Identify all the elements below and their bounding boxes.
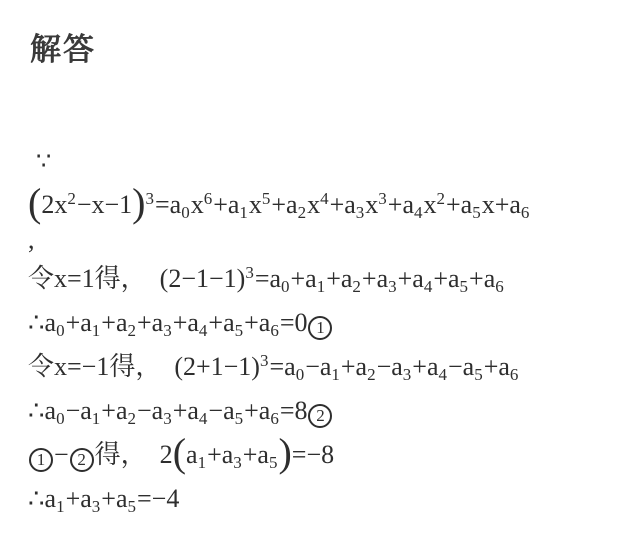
subscript: 1 bbox=[331, 365, 340, 384]
tall-parenthesis: ) bbox=[278, 430, 291, 475]
circled-equation-number: 2 bbox=[70, 448, 94, 472]
subscript: 4 bbox=[199, 321, 208, 340]
page-title: 解答 bbox=[30, 24, 632, 69]
line-final-result: ∴a1+a3+a5=−4 bbox=[28, 477, 632, 521]
superscript: 3 bbox=[245, 263, 254, 282]
line-substitute-x-equals-neg-1: 令x=−1得， (2+1−1)3=a0−a1+a2−a3+a4−a5+a6 bbox=[28, 345, 632, 389]
circled-equation-number: 2 bbox=[308, 404, 332, 428]
subscript: 2 bbox=[298, 203, 307, 222]
subscript: 5 bbox=[474, 365, 483, 384]
subscript: 3 bbox=[163, 321, 172, 340]
superscript: 3 bbox=[145, 189, 154, 208]
subscript: 1 bbox=[92, 321, 101, 340]
subscript: 3 bbox=[388, 277, 397, 296]
subscript: 2 bbox=[128, 409, 137, 428]
subscript: 0 bbox=[181, 203, 190, 222]
line-equation-2: ∴a0−a1+a2−a3+a4−a5+a6=82 bbox=[28, 389, 632, 433]
subscript: 5 bbox=[235, 409, 244, 428]
subscript: 1 bbox=[317, 277, 326, 296]
superscript: 3 bbox=[260, 351, 269, 370]
superscript: 5 bbox=[262, 189, 271, 208]
subscript: 2 bbox=[367, 365, 376, 384]
tall-parenthesis: ( bbox=[28, 180, 41, 225]
subscript: 4 bbox=[424, 277, 433, 296]
superscript: 2 bbox=[67, 189, 76, 208]
subscript: 2 bbox=[128, 321, 137, 340]
superscript: 4 bbox=[320, 189, 329, 208]
subscript: 1 bbox=[239, 203, 248, 222]
subscript: 3 bbox=[356, 203, 365, 222]
subscript: 5 bbox=[472, 203, 481, 222]
subscript: 4 bbox=[199, 409, 208, 428]
circled-equation-number: 1 bbox=[29, 448, 53, 472]
subscript: 3 bbox=[163, 409, 172, 428]
subscript: 4 bbox=[439, 365, 448, 384]
line-because-symbol: ∵ bbox=[28, 141, 632, 183]
subscript: 0 bbox=[296, 365, 305, 384]
subscript: 3 bbox=[403, 365, 412, 384]
subscript: 0 bbox=[56, 409, 65, 428]
subscript: 2 bbox=[352, 277, 361, 296]
line-substitute-x-equals-1: 令x=1得， (2−1−1)3=a0+a1+a2+a3+a4+a5+a6 bbox=[28, 257, 632, 301]
subscript: 0 bbox=[281, 277, 290, 296]
subscript: 3 bbox=[233, 453, 242, 472]
subscript: 5 bbox=[235, 321, 244, 340]
subscript: 6 bbox=[521, 203, 530, 222]
subscript: 6 bbox=[270, 321, 279, 340]
subscript: 6 bbox=[495, 277, 504, 296]
solution-lines: ∵(2x2−x−1)3=a0x6+a1x5+a2x4+a3x3+a4x2+a5x… bbox=[28, 141, 632, 521]
subscript: 1 bbox=[92, 409, 101, 428]
subscript: 6 bbox=[270, 409, 279, 428]
subscript: 0 bbox=[56, 321, 65, 340]
line-polynomial-expansion: (2x2−x−1)3=a0x6+a1x5+a2x4+a3x3+a4x2+a5x+… bbox=[28, 183, 632, 227]
superscript: 2 bbox=[437, 189, 446, 208]
subscript: 5 bbox=[460, 277, 469, 296]
line-subtract-equations: 1−2得， 2(a1+a3+a5)=−8 bbox=[28, 433, 632, 477]
tall-parenthesis: ( bbox=[173, 430, 186, 475]
subscript: 5 bbox=[269, 453, 278, 472]
subscript: 1 bbox=[56, 497, 65, 516]
subscript: 1 bbox=[198, 453, 207, 472]
solution-page: 解答 ∵(2x2−x−1)3=a0x6+a1x5+a2x4+a3x3+a4x2+… bbox=[0, 0, 640, 558]
superscript: 3 bbox=[378, 189, 387, 208]
subscript: 6 bbox=[510, 365, 519, 384]
subscript: 4 bbox=[414, 203, 423, 222]
tall-parenthesis: ) bbox=[132, 180, 145, 225]
superscript: 6 bbox=[204, 189, 213, 208]
circled-equation-number: 1 bbox=[308, 316, 332, 340]
line-equation-1: ∴a0+a1+a2+a3+a4+a5+a6=01 bbox=[28, 301, 632, 345]
subscript: 3 bbox=[92, 497, 101, 516]
line-trailing-comma: , bbox=[28, 227, 632, 257]
subscript: 5 bbox=[128, 497, 137, 516]
